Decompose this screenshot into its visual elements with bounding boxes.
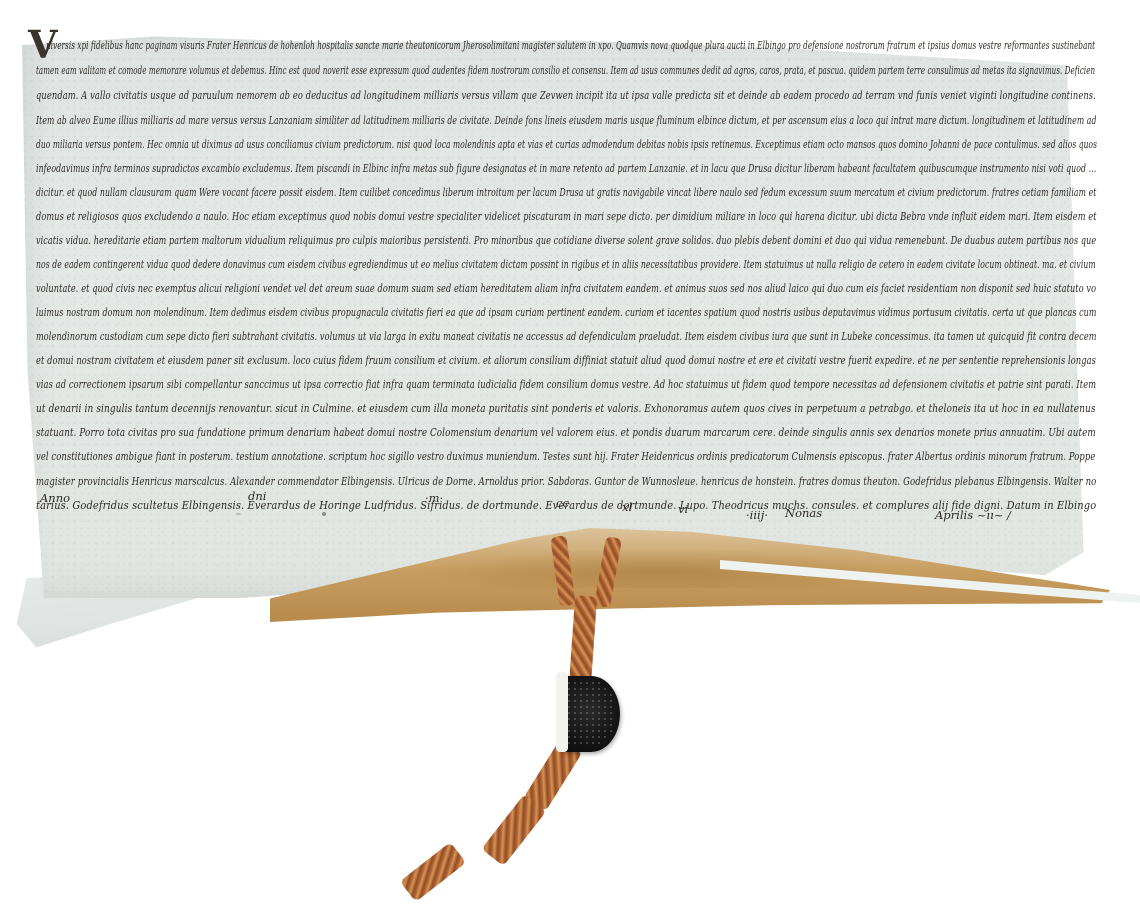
text-line: niversis xpi fidelibus hanc paginam visu… <box>46 39 1095 52</box>
charter-photo: V niversis xpi fidelibus hanc paginam vi… <box>0 0 1140 911</box>
wax-seal <box>562 676 620 752</box>
ink-spot <box>236 513 241 515</box>
dating-cc: cc <box>556 496 569 510</box>
text-line: statuant. Porro tota civitas pro sua fun… <box>36 426 1096 439</box>
text-line: vel constitutiones ambigue fiant in post… <box>36 450 1095 463</box>
text-line: molendinorum custodiam cum sepe dicto fi… <box>36 330 1097 343</box>
text-line: domus et religiosos quos excludendo a na… <box>36 210 1097 223</box>
text-line: duo miliaria versus pontem. Hec omnia ut… <box>36 138 1097 151</box>
dating-iiii: ·iiij· <box>746 508 768 522</box>
text-line: magister provincialis Henricus marscalcu… <box>36 475 1096 488</box>
text-line: Item ab alveo Eume illius milliaris ad m… <box>36 114 1097 127</box>
text-line: ut denarii in singulis tantum decennijs … <box>36 402 1096 415</box>
dating-anno: Anno <box>40 491 70 505</box>
plica-shadow <box>420 548 900 588</box>
text-line: dicitur. et quod nullam clausuram quam W… <box>36 186 1097 199</box>
text-line: quendam. A vallo civitatis usque ad paru… <box>36 89 1096 102</box>
text-line: et domui nostram civitatem et eiusdem pa… <box>36 354 1096 367</box>
text-line: vias ad correctionem ipsarum sibi compel… <box>36 378 1096 391</box>
dating-xl: xl <box>622 500 632 514</box>
text-line: infeodavimus infra terminos supradictos … <box>36 162 1096 175</box>
text-line: luimus nostram domum non molendinum. Ite… <box>36 306 1096 319</box>
dating-nonas: Nonas <box>785 506 822 520</box>
dating-aprilis: Aprilis ~ıı~ / <box>935 508 1011 522</box>
cord-twisted-end <box>481 794 546 866</box>
text-line: tamen eam valitam et comode memorare vol… <box>36 64 1095 77</box>
text-line: vicatis vidua. hereditarie etiam partem … <box>36 234 1096 247</box>
text-line: voluntate. et quod civis nec exemptus al… <box>36 282 1096 295</box>
cord-frayed-tip <box>400 842 466 902</box>
seal-surface <box>566 680 616 748</box>
text-line: nos de eadem contingerent vidua quod ded… <box>36 258 1096 271</box>
ink-spot <box>322 512 326 516</box>
dating-vi: vi <box>678 502 688 516</box>
dating-domini: dni <box>248 489 266 503</box>
dating-m: ·m· <box>425 491 443 505</box>
